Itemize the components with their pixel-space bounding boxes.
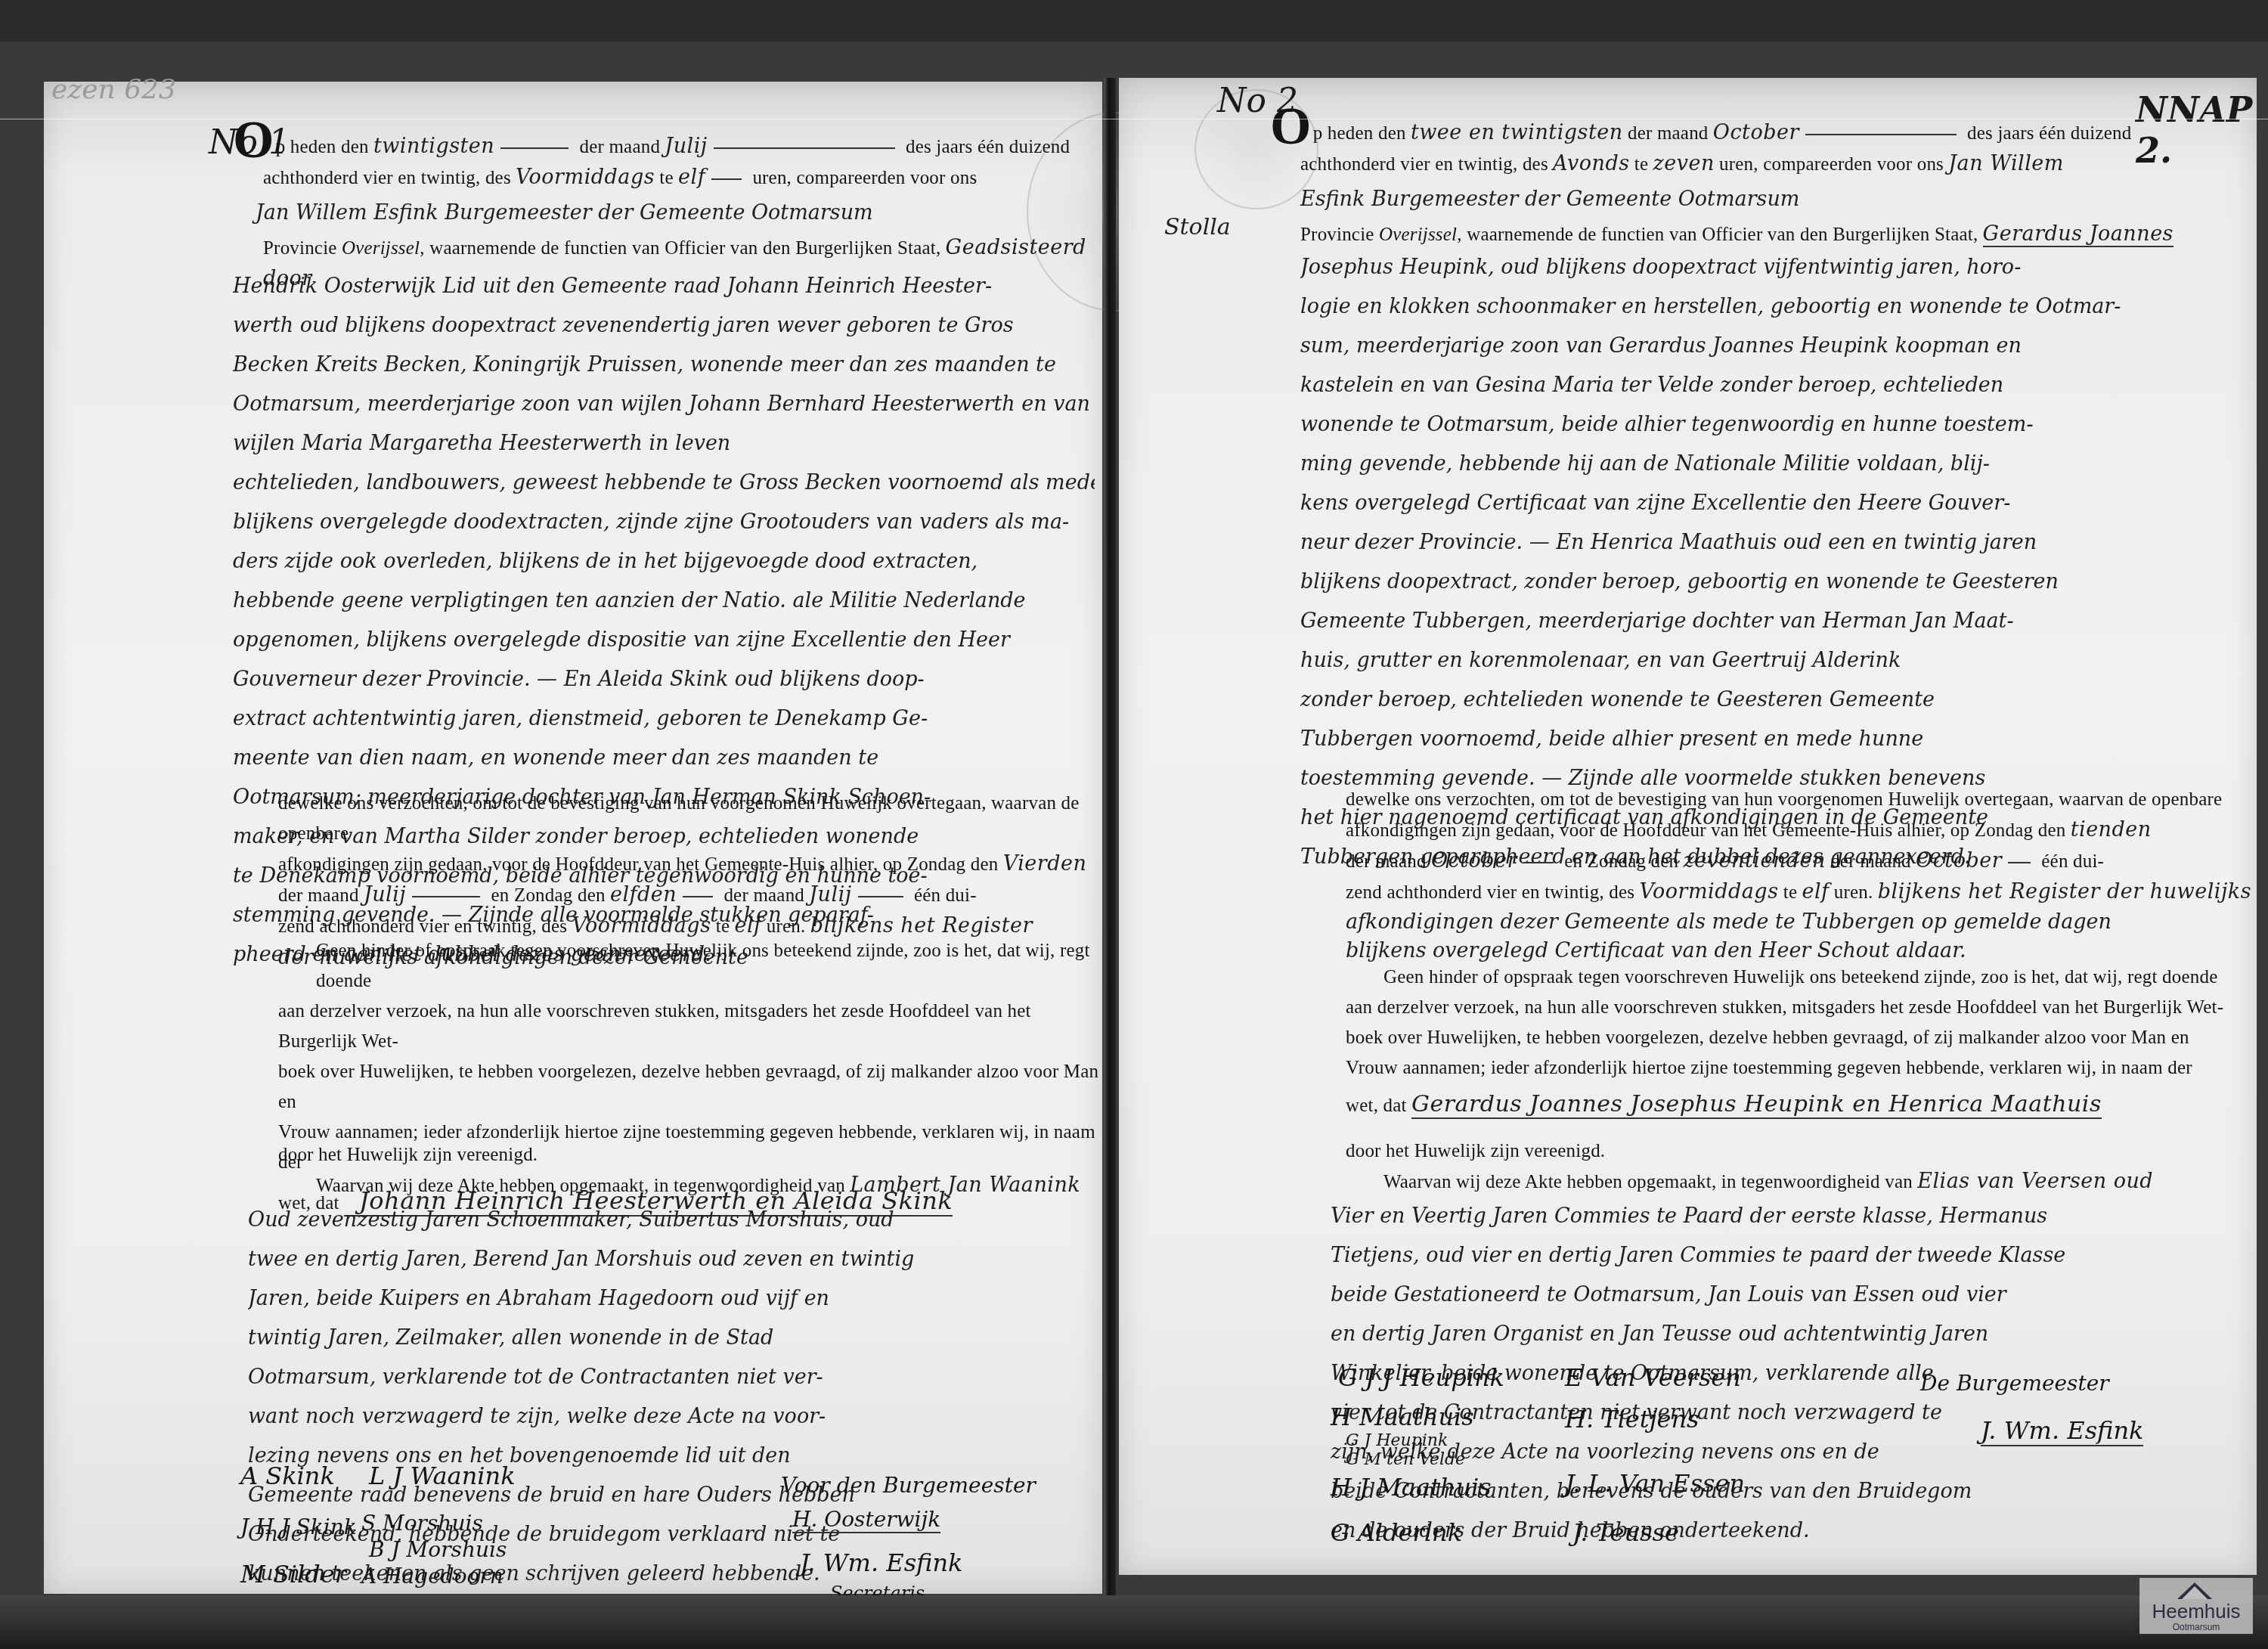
scan-bottom-edge bbox=[0, 1595, 2268, 1649]
faded-top-note: ezen 623 bbox=[51, 74, 176, 105]
signature: G M ten Velde bbox=[1346, 1450, 1465, 1469]
signature: S Morshuis bbox=[361, 1511, 483, 1536]
header-line-1: Op heden den twintigsten der maand twint… bbox=[233, 126, 1095, 163]
signature: B J Morshuis bbox=[369, 1537, 507, 1562]
signature-label: De Burgemeester bbox=[1920, 1371, 2109, 1396]
signature: J. Teusse bbox=[1572, 1518, 1679, 1547]
declaration-paragraph: Geen hinder of opspraak tegen voorschrev… bbox=[1346, 962, 2253, 1127]
publications-paragraph: dewelke ons verzochten, om tot de bevest… bbox=[1346, 785, 2253, 966]
heemhuis-watermark-logo: Heemhuis Ootmarsum bbox=[2139, 1578, 2253, 1634]
right-page: No 2 NNAP 2. Stolla Op heden den twee en… bbox=[1119, 78, 2257, 1575]
header-line-2: achthonderd vier en twintig, des Voormid… bbox=[233, 163, 1095, 194]
header-line-1: Op heden den twee en twintigsten der maa… bbox=[1270, 112, 2245, 149]
signature: A Hagedoorn bbox=[361, 1564, 503, 1589]
book-gutter bbox=[1104, 78, 1116, 1613]
signature: J. L. Van Essen bbox=[1565, 1469, 1745, 1498]
signature: M Silder bbox=[240, 1560, 346, 1589]
signature: J H J Skink bbox=[240, 1514, 357, 1539]
signature: E Van Veersen bbox=[1565, 1363, 1741, 1392]
united-line: door het Huwelijk zijn vereenigd. Waarva… bbox=[278, 1140, 1102, 1201]
header-line-3: Esfink Burgemeester der Gemeente Ootmars… bbox=[1270, 180, 2245, 219]
signature: H. Oosterwijk bbox=[792, 1507, 940, 1533]
body-handwritten: Josephus Heupink, oud blijkens doopextra… bbox=[1300, 248, 2253, 877]
margin-note: Stolla bbox=[1164, 214, 1231, 240]
header-line-3: Jan Willem Esfink Burgemeester der Gemee… bbox=[233, 194, 1095, 233]
header-line-4: Provincie Overijssel, waarnemende de fun… bbox=[1270, 219, 2245, 250]
left-page: ezen 623 No 1 Op heden den twintigsten d… bbox=[44, 82, 1102, 1594]
signature: L J Waanink bbox=[369, 1461, 516, 1490]
united-line: door het Huwelijk zijn vereenigd. Waarva… bbox=[1346, 1136, 2253, 1198]
scan-line-artifact bbox=[0, 119, 2268, 119]
signature: J. Wm. Esfink bbox=[1981, 1416, 2143, 1446]
signature: J. Wm. Esfink bbox=[800, 1548, 962, 1577]
header-line-2: achthonderd vier en twintig, des Avonds … bbox=[1270, 149, 2245, 180]
signature-label: Voor den Burgemeester bbox=[781, 1473, 1036, 1498]
signature: H Maathuis bbox=[1331, 1403, 1474, 1431]
house-roof-icon bbox=[2177, 1582, 2212, 1599]
signature: G Alderink bbox=[1331, 1518, 1462, 1547]
signature: H J Maathuis bbox=[1331, 1473, 1492, 1502]
signature: A Skink bbox=[240, 1461, 335, 1490]
signature: G J Heupink bbox=[1346, 1431, 1448, 1450]
signature: G J J Heupink bbox=[1338, 1363, 1504, 1392]
couple-names: Gerardus Joannes Josephus Heupink en Hen… bbox=[1411, 1091, 2102, 1119]
signature: H. Tietjens bbox=[1565, 1405, 1699, 1434]
header-block: Op heden den twee en twintigsten der maa… bbox=[1270, 112, 2245, 250]
